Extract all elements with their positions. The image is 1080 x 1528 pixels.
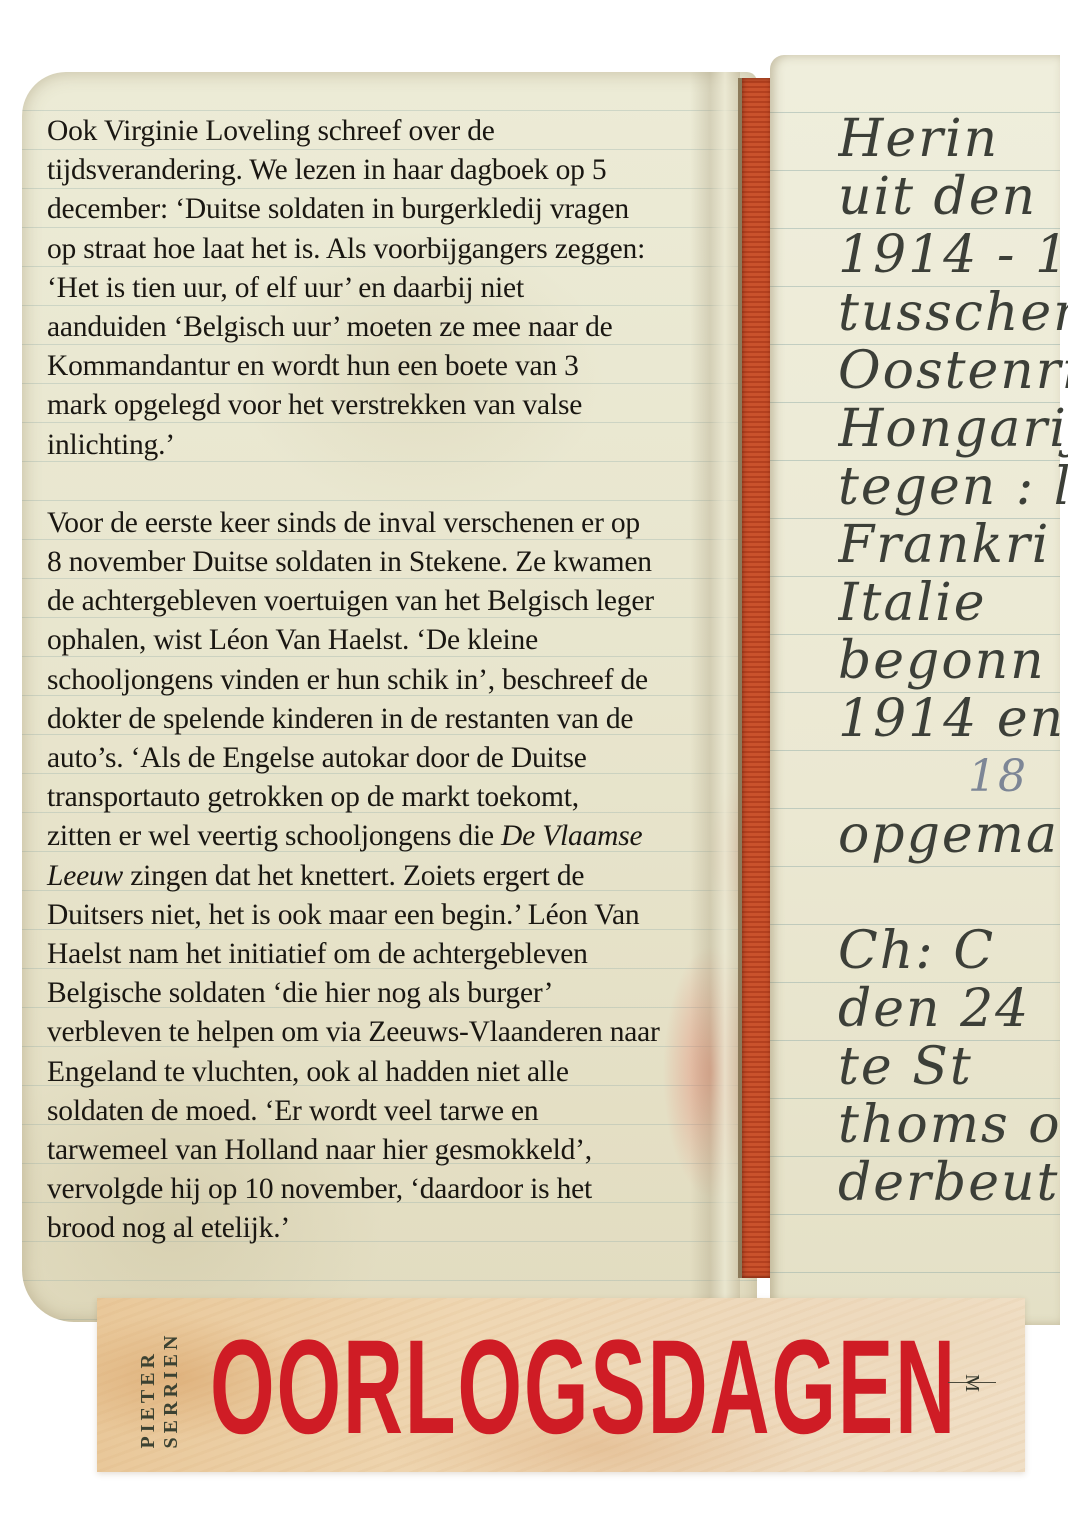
text-line: inlichting.’	[47, 426, 727, 465]
text-line: Ook Virginie Loveling schreef over de	[47, 112, 727, 151]
paragraph-2: Voor de eerste keer sinds de inval versc…	[47, 504, 727, 1249]
handwritten-line: uit den	[838, 168, 1068, 226]
text-line: Kommandantur en wordt hun een boete van …	[47, 347, 727, 386]
handwritten-line: 1914 - 19	[838, 226, 1068, 284]
text-line: transportauto getrokken op de markt toek…	[47, 778, 727, 817]
text-line: verbleven te helpen om via Zeeuws-Vlaand…	[47, 1013, 727, 1052]
handwritten-line: tegen : l	[838, 458, 1068, 516]
text-line: op straat hoe laat het is. Als voorbijga…	[47, 230, 727, 269]
text-line: Duitsers niet, het is ook maar een begin…	[47, 896, 727, 935]
author-name-rotated: PIETER SERRIEN	[137, 1332, 183, 1449]
text-fragment: zitten er wel veertig schooljongens die	[47, 820, 501, 852]
text-line: de achtergebleven voertuigen van het Bel…	[47, 582, 727, 621]
text-line: Leeuw zingen dat het knettert. Zoiets er…	[47, 857, 727, 896]
text-fragment: zingen dat het knettert. Zoiets ergert d…	[123, 860, 584, 892]
text-line: Engeland te vluchten, ook al hadden niet…	[47, 1053, 727, 1092]
text-line: ‘Het is tien uur, of elf uur’ en daarbij…	[47, 269, 727, 308]
handwritten-line: Herin	[838, 110, 1068, 168]
song-title-italic: De Vlaamse	[501, 820, 642, 852]
handwritten-line: te St	[838, 1038, 1068, 1096]
text-line: soldaten de moed. ‘Er wordt veel tarwe e…	[47, 1092, 727, 1131]
handwritten-line: Hongarij	[838, 400, 1068, 458]
song-title-italic: Leeuw	[47, 860, 123, 892]
text-line: Belgische soldaten ‘die hier nog als bur…	[47, 974, 727, 1013]
handwritten-line: Italie	[838, 574, 1068, 632]
paragraph-1: Ook Virginie Loveling schreef over de ti…	[47, 112, 727, 465]
publisher-logo-letter: M	[957, 1373, 987, 1393]
handwritten-text: Herin uit den 1914 - 19 tusschen Oostenr…	[838, 110, 1068, 1212]
text-line: zitten er wel veertig schooljongens die …	[47, 817, 727, 856]
publisher-logo-icon: M	[948, 1368, 996, 1398]
book-title: OORLOGSDAGEN	[210, 1318, 663, 1458]
handwritten-line: 1914 en	[838, 690, 1068, 748]
text-line: vervolgde hij op 10 november, ‘daardoor …	[47, 1170, 727, 1209]
handwritten-line: Frankri	[838, 516, 1068, 574]
article-text: Ook Virginie Loveling schreef over de ti…	[47, 112, 727, 1249]
handwritten-line	[838, 864, 1068, 922]
text-line: brood nog al etelijk.’	[47, 1209, 727, 1248]
text-line: schooljongens vinden er hun schik in’, b…	[47, 661, 727, 700]
text-line: tarwemeel van Holland naar hier gesmokke…	[47, 1131, 727, 1170]
handwritten-line: derbeut	[838, 1154, 1068, 1212]
text-line: auto’s. ‘Als de Engelse autokar door de …	[47, 739, 727, 778]
handwritten-line: thoms o	[838, 1096, 1068, 1154]
handwritten-line: opgema	[838, 806, 1068, 864]
author-last-name: SERRIEN	[160, 1332, 183, 1449]
author-name: PIETER SERRIEN	[128, 1315, 192, 1465]
text-line: mark opgelegd voor het verstrekken van v…	[47, 386, 727, 425]
text-line: dokter de spelende kinderen in de restan…	[47, 700, 727, 739]
handwritten-line: den 24	[838, 980, 1068, 1038]
text-line: ophalen, wist Léon Van Haelst. ‘De klein…	[47, 621, 727, 660]
text-line: december: ‘Duitse soldaten in burgerkled…	[47, 190, 727, 229]
handwritten-line: tusschen	[838, 284, 1068, 342]
handwritten-line: begonn	[838, 632, 1068, 690]
author-first-name: PIETER	[137, 1332, 160, 1449]
text-line: Haelst nam het initiatief om de achterge…	[47, 935, 727, 974]
handwritten-line: Oostenrij	[838, 342, 1068, 400]
text-line: aanduiden ‘Belgisch uur’ moeten ze mee n…	[47, 308, 727, 347]
text-line: 8 november Duitse soldaten in Stekene. Z…	[47, 543, 727, 582]
handwritten-line: 18	[838, 748, 1068, 806]
text-line: Voor de eerste keer sinds de inval versc…	[47, 504, 727, 543]
handwritten-line: Ch: C	[838, 922, 1068, 980]
text-line: tijdsverandering. We lezen in haar dagbo…	[47, 151, 727, 190]
